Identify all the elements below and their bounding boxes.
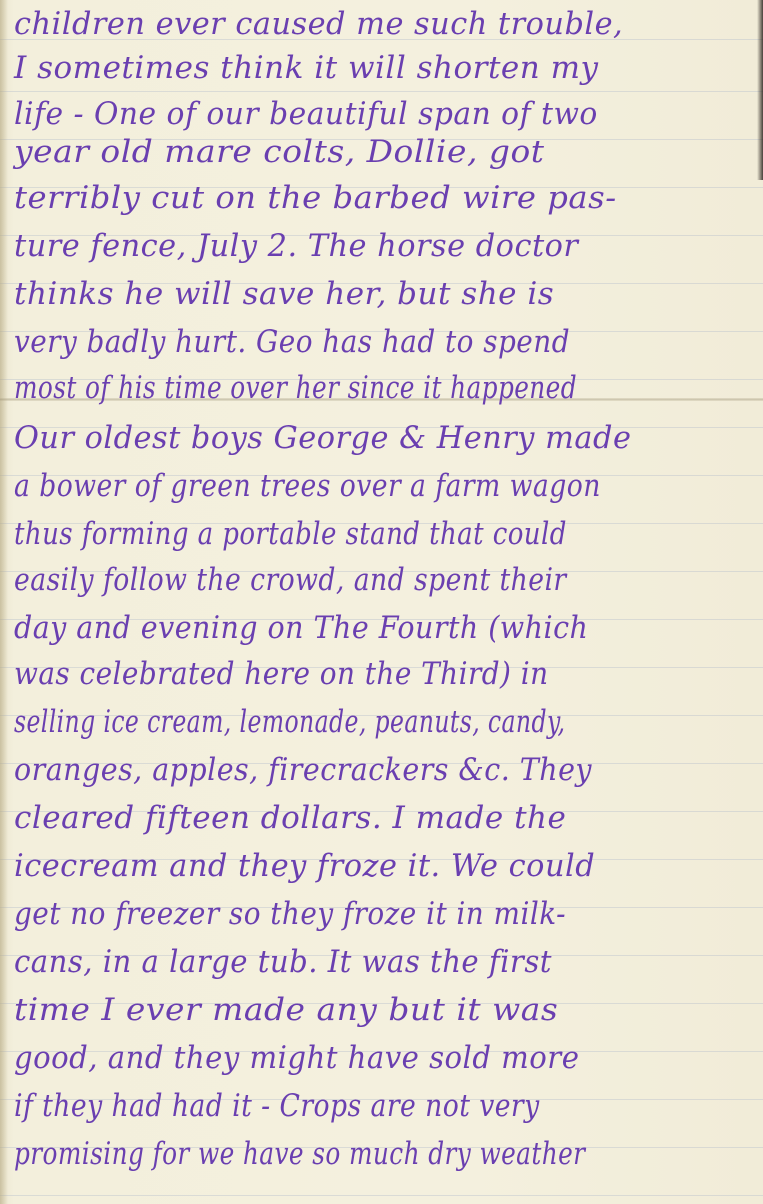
text-line: Our oldest boys George & Henry made — [14, 414, 631, 462]
text-line: children ever caused me such trouble, — [14, 0, 623, 48]
text-line: icecream and they froze it. We could — [14, 842, 595, 890]
text-line: cleared fifteen dollars. I made the — [14, 794, 566, 842]
text-line: ture fence, July 2. The horse doctor — [14, 222, 578, 270]
text-line: selling ice cream, lemonade, peanuts, ca… — [14, 698, 565, 746]
text-line: was celebrated here on the Third) in — [14, 650, 549, 698]
text-line: day and evening on The Fourth (which — [14, 604, 588, 652]
text-line: oranges, apples, firecrackers &c. They — [14, 746, 592, 794]
text-line: year old mare colts, Dollie, got — [14, 128, 545, 176]
text-line: time I ever made any but it was — [14, 986, 558, 1034]
text-line: terribly cut on the barbed wire pas- — [14, 174, 617, 222]
paper-left-edge — [0, 0, 8, 1204]
page-edge-shadow — [757, 0, 763, 180]
text-line: if they had had it - Crops are not very — [14, 1082, 540, 1130]
text-line: get no freezer so they froze it in milk- — [14, 890, 566, 938]
text-line: I sometimes think it will shorten my — [14, 44, 598, 92]
text-line: thus forming a portable stand that could — [14, 510, 567, 558]
text-line: good, and they might have sold more — [14, 1034, 579, 1082]
text-line: easily follow the crowd, and spent their — [14, 556, 567, 604]
text-line: a bower of green trees over a farm wagon — [14, 462, 601, 510]
text-line: cans, in a large tub. It was the first — [14, 938, 552, 986]
text-line: thinks he will save her, but she is — [14, 270, 554, 318]
letter-page: children ever caused me such trouble, I … — [0, 0, 763, 1204]
text-line: promising for we have so much dry weathe… — [14, 1130, 585, 1178]
text-line: very badly hurt. Geo has had to spend — [14, 318, 570, 366]
text-line: most of his time over her since it happe… — [14, 364, 577, 412]
